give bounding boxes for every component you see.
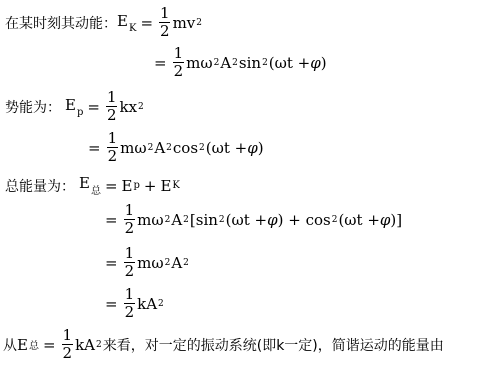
potential-energy-label: 势能为：: [5, 97, 61, 117]
kinetic-energy-label: 在某时刻其动能：: [5, 13, 117, 33]
total-energy-label: 总能量为：: [5, 176, 75, 196]
total-energy-simplified: = 12 mω2 A2: [101, 246, 190, 279]
fraction-half: 12: [159, 6, 171, 39]
potential-energy-line: 势能为： Ep = 12 kx2: [5, 90, 145, 123]
total-energy-line: 总能量为： E总 = Ep + EK: [5, 174, 180, 197]
potential-energy-expansion: = 12 mω2 A2 cos2 (ωt + φ): [84, 131, 264, 164]
total-energy-expansion: = 12 mω2 A2 [sin2 (ωt + φ) + cos2 (ωt + …: [101, 203, 402, 236]
kinetic-energy-line: 在某时刻其动能： EK = 12 mv2: [5, 6, 203, 39]
conclusion-line: 从 E总 = 12 kA2 来看，对一定的振动系统(即k一定)，简谐运动的能量由: [3, 328, 444, 361]
total-energy-ka2: = 12 kA2: [101, 287, 165, 320]
conclusion-text: 来看，对一定的振动系统(即k一定)，简谐运动的能量由: [103, 335, 444, 355]
kinetic-energy-expansion: = 12 mω2 A2 sin2 (ωt + φ): [150, 46, 327, 79]
ek-symbol: EK: [117, 12, 136, 34]
